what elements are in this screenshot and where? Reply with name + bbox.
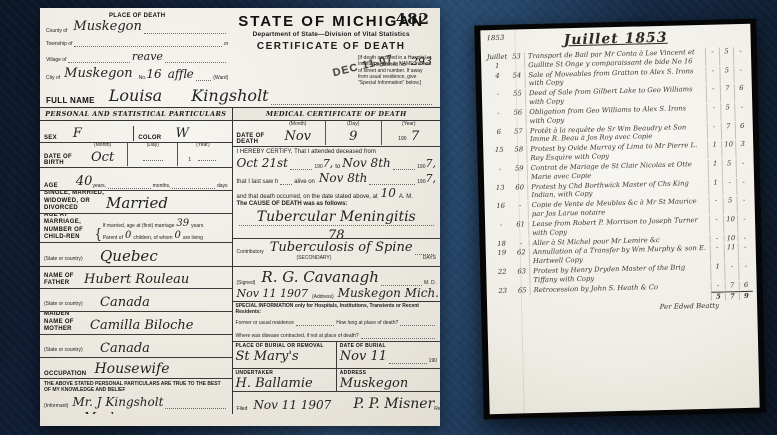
physician-signature: R. G. Cavanagh: [261, 268, 379, 286]
father-bp-value: Canada: [100, 295, 150, 310]
entry-shillings: -: [724, 262, 738, 280]
undertaker-value: H. Ballamie: [236, 376, 333, 391]
entry-shillings: 10: [723, 215, 737, 233]
birthplace-value: Quebec: [100, 247, 158, 265]
occupation-label: OCCUPATION: [44, 371, 86, 377]
mother-value: Camilla Biloche: [90, 318, 193, 333]
entry-number: 65: [515, 286, 531, 295]
entry-day: -: [486, 90, 510, 108]
entry-pounds: -: [705, 48, 719, 66]
father-label: NAME OF FATHER: [44, 273, 84, 287]
ledger-entries: Juillet 1 53 Transport de Bail par Mr Co…: [485, 47, 753, 296]
entry-pounds: -: [706, 103, 720, 121]
registrar-label: Registrar: [434, 406, 440, 412]
special-information-block: SPECIAL INFORMATION only for Hospitals, …: [233, 301, 440, 339]
dob-month-value: Oct: [91, 150, 114, 165]
total-pence: 9: [739, 290, 753, 300]
former-residence-label: Former or usual residence: [236, 320, 294, 326]
entry-shillings: 5: [720, 103, 734, 121]
entry-pence: 6: [735, 121, 749, 139]
ward-label: (Ward): [213, 75, 228, 81]
entry-shillings: 10: [723, 234, 737, 243]
entry-shillings: 7: [721, 122, 735, 140]
signed-address-label: (Address): [312, 294, 334, 300]
entry-day: 23: [491, 286, 515, 295]
to-label: to: [335, 164, 340, 170]
children-total-value: 0: [125, 230, 131, 241]
where-contracted-label: Where was disease contracted, if not at …: [236, 333, 359, 339]
entry-pence: -: [736, 177, 750, 195]
entry-pounds: 1: [708, 178, 722, 196]
lastsaw-pre: that I last saw h: [237, 179, 279, 185]
personal-column-title: PERSONAL AND STATISTICAL PARTICULARS: [40, 108, 232, 121]
city-value: Muskegon: [64, 66, 132, 81]
entry-pence: -: [736, 159, 750, 177]
entry-day: -: [488, 165, 512, 183]
color-label: COLOR: [138, 135, 161, 141]
ledger-year-note: 1853: [486, 34, 504, 42]
certify-line1: I HEREBY CERTIFY, That I attended deceas…: [237, 149, 376, 155]
medical-certificate-column: MEDICAL CERTIFICATE OF DEATH DATE OF DEA…: [232, 108, 440, 414]
lastsaw-year-hw: 7,: [426, 172, 437, 185]
field-father-birthplace: BIRTHPLACE OF FATHER (State or country) …: [40, 289, 232, 312]
informant-address-value: Muskegon: [84, 410, 147, 414]
dob-year-header: (Year): [178, 143, 227, 148]
informant-block: THE ABOVE STATED PERSONAL PARTICULARS AR…: [40, 379, 232, 414]
dod-day-header: (Day): [326, 121, 381, 127]
field-age: AGE 40 years, months, days: [40, 168, 232, 191]
death-time-value: 10: [381, 186, 396, 200]
entry-day: Juillet 1: [485, 53, 509, 71]
county-label: County of: [46, 28, 67, 34]
ampm-label: A. M.: [399, 194, 413, 200]
entry-shillings: 7: [725, 281, 739, 290]
marriage-age-value: 39: [176, 218, 189, 229]
undertaker-row: UNDERTAKER H. Ballamie ADDRESS Muskegon: [233, 369, 440, 392]
undertaker-address-value: Muskegon: [340, 376, 437, 391]
field-father-name: NAME OF FATHER Hubert Rouleau: [40, 267, 232, 289]
entry-pence: -: [734, 103, 748, 121]
burial-place-value: St Mary's: [236, 349, 333, 364]
field-birthplace: BIRTHPLACE (State or country) Quebec: [40, 243, 232, 267]
entry-number: 55: [510, 90, 526, 108]
particulars-statement: THE ABOVE STATED PERSONAL PARTICULARS AR…: [44, 381, 228, 393]
special-info-title: SPECIAL INFORMATION only for Hospitals, …: [233, 301, 440, 316]
entry-pounds: -: [706, 85, 720, 103]
dob-day-header: (Day): [128, 143, 177, 148]
sex-label: SEX: [44, 135, 57, 141]
entry-shillings: 7: [720, 84, 734, 102]
entry-pounds: -: [707, 122, 721, 140]
secondary-label: (SECONDARY): [297, 255, 332, 261]
village-label: Village of: [46, 57, 66, 63]
total-pounds: 5: [711, 291, 725, 301]
entry-number: -: [513, 239, 529, 248]
marital-value: Married: [106, 194, 168, 212]
entry-pence: 3: [735, 140, 749, 158]
entry-shillings: 5: [719, 66, 733, 84]
dob-label: DATE OF BIRTH: [44, 154, 78, 166]
certificate-title: CERTIFICATE OF DEATH: [228, 41, 434, 52]
entry-day: 19: [490, 249, 514, 267]
state-title: STATE OF MICHIGAN: [228, 13, 434, 30]
age-years-label: years,: [92, 183, 106, 189]
entry-pounds: -: [709, 234, 723, 243]
entry-pence: -: [737, 215, 751, 233]
entry-shillings: 10: [721, 140, 735, 158]
entry-pounds: -: [709, 215, 723, 233]
mother-label: MAIDEN NAME OF MOTHER: [44, 312, 90, 333]
father-value: Hubert Rouleau: [84, 272, 189, 287]
county-value: Muskegon: [73, 19, 141, 34]
signed-date-value: Nov 11 1907: [237, 287, 308, 300]
registrar-signature: P. P. Misner: [353, 396, 434, 412]
death-certificate-image[interactable]: 482 DEC 11 07 PLACE OF DEATH County of M…: [40, 8, 440, 426]
entry-day: 18: [489, 239, 513, 248]
entry-number: 62: [514, 249, 530, 267]
entry-pounds: -: [710, 244, 724, 262]
entry-day: -: [486, 109, 510, 127]
personal-particulars-column: PERSONAL AND STATISTICAL PARTICULARS SEX…: [40, 108, 232, 414]
entry-shillings: 11: [724, 244, 738, 262]
ledger-page-image[interactable]: 1853 Juillet 1853 Juillet 1 53 Transport…: [474, 19, 766, 420]
attended-from-value: Oct 21st: [237, 156, 288, 170]
year-print-2: 190: [417, 164, 425, 170]
field-date-of-death: DATE OF DEATH (Month) Nov (Day) 9 (Year): [233, 121, 440, 147]
entry-pence: -: [733, 66, 747, 84]
certify-block: I HEREBY CERTIFY, That I attended deceas…: [233, 147, 440, 239]
entry-day: 15: [487, 146, 511, 164]
entry-pounds: 1: [707, 141, 721, 159]
entry-number: 56: [510, 108, 526, 126]
entry-number: 54: [509, 71, 525, 89]
entry-pounds: 1: [710, 263, 724, 281]
attended-to-value: Nov 8th: [342, 156, 391, 170]
age-label: AGE: [44, 183, 58, 189]
entry-pence: -: [738, 243, 752, 261]
age-value: 40: [76, 174, 93, 189]
certificate-header: PLACE OF DEATH County of Muskegon Townsh…: [40, 8, 440, 108]
signed-label: (Signed): [237, 280, 256, 286]
marriage-line1-pre: If married, age at (first) marriage: [103, 223, 175, 229]
signed-address-value: Muskegon Mich.: [338, 286, 439, 300]
burial-year-print: 190: [429, 358, 437, 364]
contributory-days-label: DAYS: [423, 255, 436, 261]
city-label: City of: [46, 75, 60, 81]
birthplace-note: (State or country): [44, 256, 83, 262]
informant-label: (Informant): [44, 403, 68, 409]
entry-pounds: -: [708, 197, 722, 215]
field-mother-name: MAIDEN NAME OF MOTHER Camilla Biloche: [40, 312, 232, 335]
age-days-label: days: [217, 183, 228, 189]
father-bp-note: (State or country): [44, 301, 83, 307]
burial-row: PLACE OF BURIAL OR REMOVAL St Mary's DAT…: [233, 341, 440, 369]
dod-day-value: 9: [349, 129, 357, 144]
occupation-value: Housewife: [94, 361, 169, 377]
entry-number: 60: [512, 183, 528, 201]
entry-shillings: 5: [719, 47, 733, 65]
street-no-label: No.: [139, 75, 147, 81]
street-scrawl: affle: [168, 67, 194, 81]
entry-day: 22: [490, 268, 514, 286]
entry-number: 53: [509, 52, 525, 70]
filed-date-value: Nov 11 1907: [253, 398, 331, 412]
physician-signature-block: (Signed) R. G. Cavanagh M. D. Nov 11 190…: [233, 267, 440, 301]
entry-day: 4: [485, 71, 509, 89]
birthplace-label: BIRTHPLACE: [44, 243, 86, 244]
marriage-line1-post: years: [191, 223, 203, 229]
department-line: Department of State—Division of Vital St…: [228, 31, 434, 38]
entry-number: 63: [514, 267, 530, 285]
age-months-label: months,: [153, 183, 171, 189]
entry-pence: -: [737, 233, 751, 242]
full-name-value: Louisa Kingsholt: [109, 86, 269, 105]
contributory-block: Contributory Tuberculosis of Spine (SECO…: [233, 239, 440, 267]
full-name-label: FULL NAME: [46, 96, 95, 105]
dod-month-header: (Month): [271, 121, 326, 127]
year-print-3: 190: [417, 179, 425, 185]
lastsaw-value: Nov 8th: [319, 171, 368, 185]
marital-label: SINGLE, MARRIED, WIDOWED, OR DIVORCED: [44, 191, 106, 212]
dod-label: DATE OF DEATH: [237, 133, 271, 145]
contributory-value: Tuberculosis of Spine: [270, 240, 413, 255]
dod-year-suffix: 7: [411, 129, 419, 144]
brace-glyph: {: [96, 225, 101, 241]
marriage-line2-pre: Parent of: [103, 235, 123, 241]
field-occupation: OCCUPATION Housewife: [40, 358, 232, 379]
sex-value: F: [73, 126, 82, 141]
entry-day: 16: [489, 202, 513, 220]
dod-year-header: (Year): [382, 121, 437, 127]
entry-day: 13: [488, 183, 512, 201]
contributory-label: Contributory: [237, 249, 264, 255]
color-value: W: [175, 126, 188, 141]
occurred-line: and that death occurred, on the date sta…: [237, 194, 378, 200]
dob-year-prefix: 1: [188, 157, 191, 163]
entry-number: -: [513, 201, 529, 219]
entry-day: -: [489, 221, 513, 239]
filed-label: Filed: [237, 406, 248, 412]
entry-day: 6: [487, 127, 511, 145]
year-print-1: 190: [314, 164, 322, 170]
field-date-of-birth: DATE OF BIRTH (Month) Oct (Day) (Year): [40, 143, 232, 168]
entry-pence: -: [736, 196, 750, 214]
informant-value: Mr. J Kingsholt: [72, 395, 163, 409]
entry-pounds: 1: [708, 159, 722, 177]
dob-month-header: (Month): [78, 143, 127, 148]
entry-number: 57: [511, 127, 527, 145]
entry-pounds: -: [705, 66, 719, 84]
field-marital-status: SINGLE, MARRIED, WIDOWED, OR DIVORCED Ma…: [40, 191, 232, 214]
village-scrawl: reave: [132, 50, 163, 63]
entry-number: 58: [511, 146, 527, 164]
entry-number: 61: [513, 220, 529, 238]
field-sex-color: SEX F COLOR W: [40, 121, 232, 143]
cause-of-death-label: The CAUSE OF DEATH was as follows:: [237, 201, 348, 207]
dod-month-value: Nov: [284, 129, 311, 144]
entry-pence: -: [733, 47, 747, 65]
marriage-line2-post: are living: [183, 235, 203, 241]
cause-of-death-value: Tubercular Meningitis: [257, 209, 416, 225]
marriage-line2-mid: children, of whom: [133, 235, 172, 241]
township-label: Township of: [46, 41, 72, 47]
burial-date-value: Nov 11: [340, 349, 387, 364]
entry-shillings: 5: [722, 196, 736, 214]
field-age-at-marriage: AGE AT MARRIAGE, NUMBER OF CHILD-REN { I…: [40, 214, 232, 243]
from-year-hw: 7,: [323, 157, 334, 170]
lastsaw-mid: alive on: [294, 179, 315, 185]
field-mother-birthplace: BIRTHPLACE OF MOTHER (State or country) …: [40, 335, 232, 358]
total-shillings: 7: [725, 291, 739, 301]
how-long-label: How long at place of death?: [336, 320, 398, 326]
hospital-fine-print: [If death occurred in a Hospital or Inst…: [358, 55, 432, 86]
cause-extra-value: 78: [328, 228, 345, 239]
entry-shillings: -: [722, 178, 736, 196]
dod-year-prefix: 190: [398, 136, 406, 142]
children-living-value: 0: [175, 230, 181, 241]
street-no-value: 16: [146, 67, 161, 81]
slide-background: 482 DEC 11 07 PLACE OF DEATH County of M…: [0, 0, 777, 435]
mother-bp-note: (State or country): [44, 347, 83, 353]
marriage-label: AGE AT MARRIAGE, NUMBER OF CHILD-REN: [44, 214, 96, 241]
to-year-hw: 7,: [426, 157, 437, 170]
ledger-paper: 1853 Juillet 1853 Juillet 1 53 Transport…: [480, 24, 759, 414]
entry-pence: -: [738, 262, 752, 280]
entry-number: 59: [512, 164, 528, 182]
medical-column-title: MEDICAL CERTIFICATE OF DEATH: [233, 108, 440, 121]
entry-shillings: 5: [722, 159, 736, 177]
entry-pence: 6: [734, 84, 748, 102]
entry-pence: 6: [739, 280, 753, 289]
entry-pounds: -: [711, 281, 725, 290]
filed-row: Filed Nov 11 1907 P. P. Misner Registrar: [233, 392, 440, 414]
mother-bp-value: Canada: [100, 341, 150, 356]
